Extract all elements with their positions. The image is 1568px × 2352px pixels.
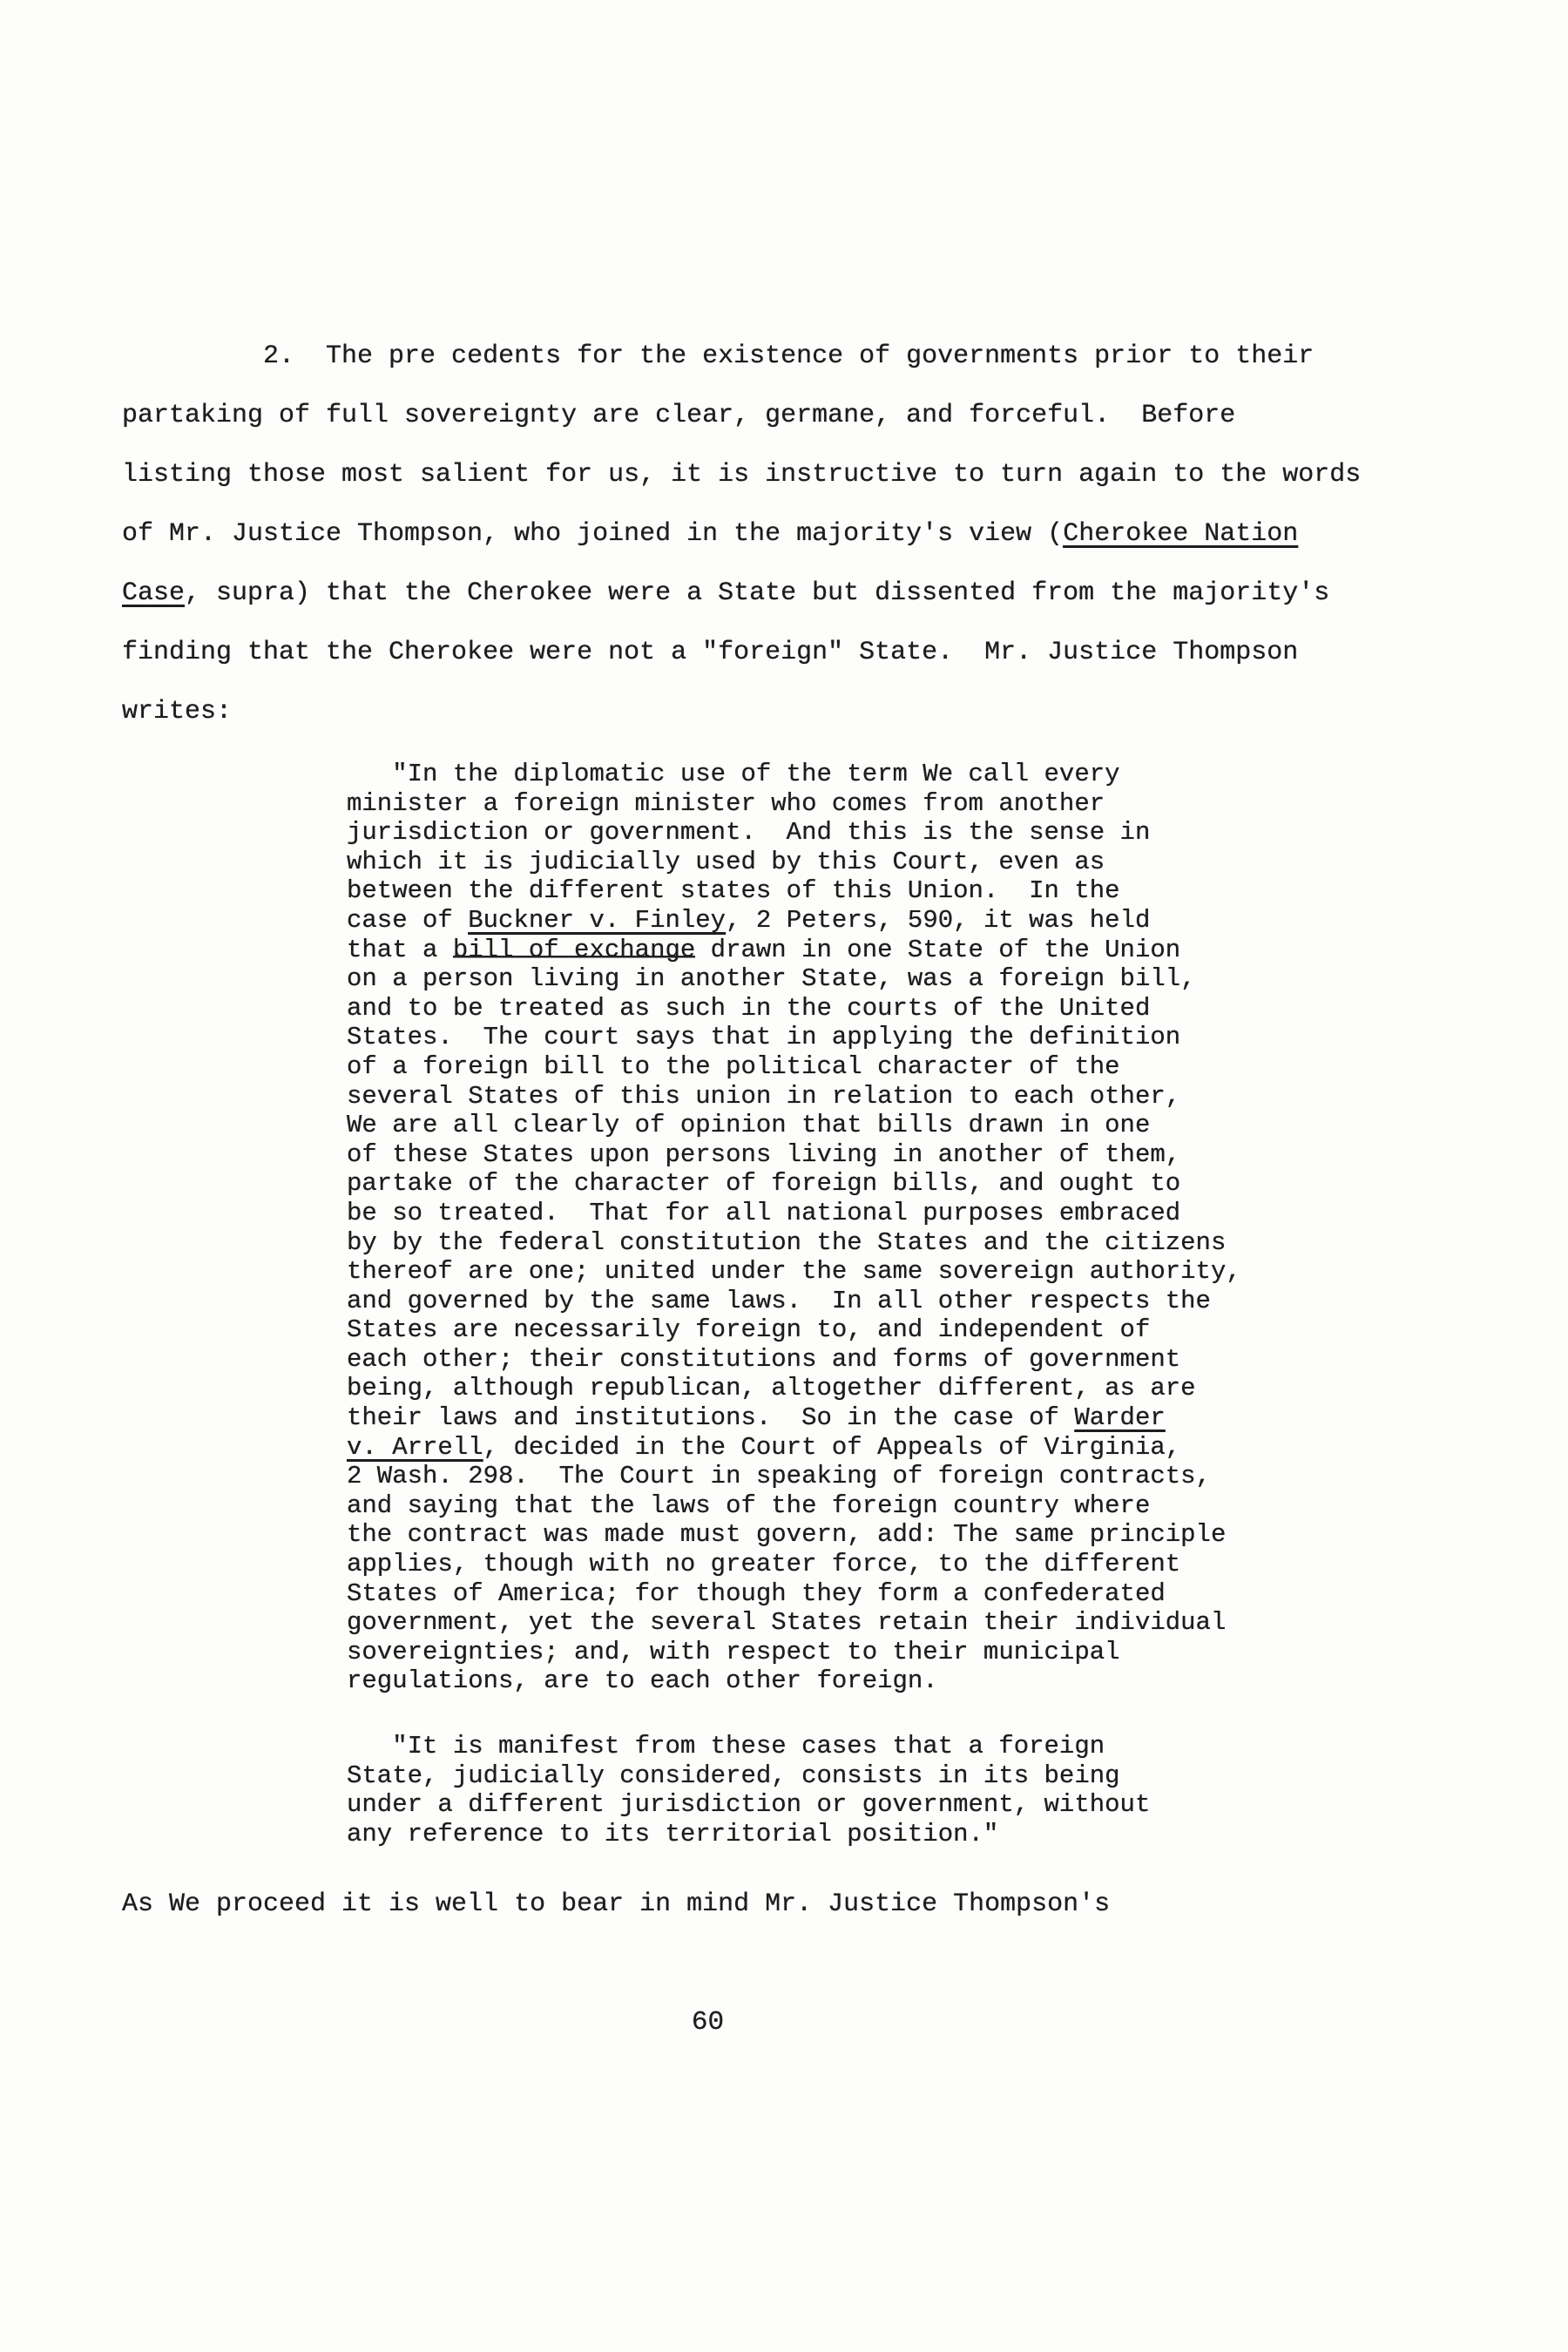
text-segment: listing those most salient for us, it is…: [122, 460, 1361, 490]
text-segment: and to be treated as such in the courts …: [347, 994, 1150, 1023]
page-number: 60: [0, 2007, 1416, 2038]
body-line: partaking of full sovereignty are clear,…: [122, 386, 1361, 445]
body-line: writes:: [122, 682, 1361, 741]
text-segment: be so treated. That for all national pur…: [347, 1199, 1180, 1227]
text-segment: writes:: [122, 697, 232, 727]
quote-line: States are necessarily foreign to, and i…: [347, 1315, 1241, 1345]
body-line: As We proceed it is well to bear in mind…: [122, 1887, 1110, 1922]
text-segment: As We proceed it is well to bear in mind…: [122, 1889, 1110, 1919]
text-segment: regulations, are to each other foreign.: [347, 1666, 938, 1695]
text-segment: their laws and institutions. So in the c…: [347, 1403, 1074, 1432]
quote-line: and saying that the laws of the foreign …: [347, 1491, 1241, 1521]
text-segment: , 2 Peters, 590, it was held: [726, 906, 1150, 935]
text-segment: government, yet the several States retai…: [347, 1608, 1226, 1637]
text-segment: and governed by the same laws. In all ot…: [347, 1287, 1211, 1315]
quote-line: 2 Wash. 298. The Court in speaking of fo…: [347, 1462, 1241, 1491]
quote-line: We are all clearly of opinion that bills…: [347, 1111, 1241, 1140]
quote-line: applies, though with no greater force, t…: [347, 1550, 1241, 1579]
text-segment: States of America; for though they form …: [347, 1579, 1166, 1608]
text-segment: States. The court says that in applying …: [347, 1023, 1180, 1051]
body-line: of Mr. Justice Thompson, who joined in t…: [122, 504, 1361, 564]
text-segment: "It is manifest from these cases that a …: [347, 1732, 1105, 1761]
text-segment: each other; their constitutions and form…: [347, 1345, 1180, 1374]
text-segment: any reference to its territorial positio…: [347, 1820, 998, 1848]
text-segment: by by the federal constitution the State…: [347, 1228, 1226, 1257]
quote-line: be so treated. That for all national pur…: [347, 1199, 1241, 1228]
text-segment: States are necessarily foreign to, and i…: [347, 1315, 1150, 1344]
text-segment: between the different states of this Uni…: [347, 876, 1120, 905]
text-segment: , decided in the Court of Appeals of Vir…: [483, 1433, 1181, 1462]
quote-line: thereof are one; united under the same s…: [347, 1257, 1241, 1287]
quote-line: their laws and institutions. So in the c…: [347, 1403, 1241, 1433]
quote-line: sovereignties; and, with respect to thei…: [347, 1638, 1241, 1667]
body-line: Case, supra) that the Cherokee were a St…: [122, 564, 1361, 623]
text-segment: that a: [347, 936, 453, 964]
quote-line: under a different jurisdiction or govern…: [347, 1790, 1150, 1820]
body-line: 2. The pre cedents for the existence of …: [122, 327, 1361, 386]
text-segment: , supra) that the Cherokee were a State …: [185, 578, 1329, 608]
quote-line: jurisdiction or government. And this is …: [347, 818, 1241, 848]
quote-line: States of America; for though they form …: [347, 1579, 1241, 1609]
text-segment: several States of this union in relation…: [347, 1082, 1180, 1111]
underlined-citation: Buckner v. Finley: [468, 906, 726, 935]
quote-line: partake of the character of foreign bill…: [347, 1169, 1241, 1199]
text-segment: finding that the Cherokee were not a "fo…: [122, 638, 1298, 667]
quote-line: government, yet the several States retai…: [347, 1608, 1241, 1638]
underlined-citation: v. Arrell: [347, 1433, 483, 1462]
quote-line: "In the diplomatic use of the term We ca…: [347, 760, 1241, 789]
text-segment: which it is judicially used by this Cour…: [347, 848, 1105, 876]
quote-line: v. Arrell, decided in the Court of Appea…: [347, 1433, 1241, 1463]
text-segment: 2. The pre cedents for the existence of …: [122, 341, 1314, 371]
quote-line: "It is manifest from these cases that a …: [347, 1732, 1150, 1761]
text-segment: minister a foreign minister who comes fr…: [347, 789, 1105, 818]
quote-line: of these States upon persons living in a…: [347, 1140, 1241, 1170]
quote-line: and governed by the same laws. In all ot…: [347, 1287, 1241, 1316]
quote-line: case of Buckner v. Finley, 2 Peters, 590…: [347, 906, 1241, 936]
text-segment: 2 Wash. 298. The Court in speaking of fo…: [347, 1462, 1211, 1490]
text-segment: under a different jurisdiction or govern…: [347, 1790, 1150, 1819]
text-segment: the contract was made must govern, add: …: [347, 1520, 1226, 1549]
text-segment: drawn in one State of the Union: [695, 936, 1180, 964]
text-segment: State, judicially considered, consists i…: [347, 1761, 1120, 1790]
quote-line: the contract was made must govern, add: …: [347, 1520, 1241, 1550]
text-segment: partaking of full sovereignty are clear,…: [122, 401, 1235, 430]
overstruck-text: bill of exchange: [453, 936, 695, 964]
text-segment: applies, though with no greater force, t…: [347, 1550, 1180, 1578]
text-segment: jurisdiction or government. And this is …: [347, 818, 1150, 847]
text-segment: and saying that the laws of the foreign …: [347, 1491, 1150, 1520]
quote-paragraph-2: "It is manifest from these cases that a …: [347, 1732, 1150, 1848]
text-segment: of Mr. Justice Thompson, who joined in t…: [122, 519, 1063, 549]
underlined-citation: Case: [122, 578, 185, 608]
quote-line: minister a foreign minister who comes fr…: [347, 789, 1241, 819]
text-segment: thereof are one; united under the same s…: [347, 1257, 1241, 1286]
quote-line: State, judicially considered, consists i…: [347, 1761, 1150, 1791]
quote-line: of a foreign bill to the political chara…: [347, 1052, 1241, 1082]
text-segment: partake of the character of foreign bill…: [347, 1169, 1180, 1198]
text-segment: being, although republican, altogether d…: [347, 1374, 1196, 1402]
quote-line: several States of this union in relation…: [347, 1082, 1241, 1112]
text-segment: on a person living in another State, was…: [347, 964, 1196, 993]
quote-line: and to be treated as such in the courts …: [347, 994, 1241, 1024]
quote-line: on a person living in another State, was…: [347, 964, 1241, 994]
quote-line: any reference to its territorial positio…: [347, 1820, 1150, 1849]
text-segment: We are all clearly of opinion that bills…: [347, 1111, 1150, 1139]
document-page: 2. The pre cedents for the existence of …: [0, 0, 1568, 2352]
opening-paragraph: 2. The pre cedents for the existence of …: [122, 327, 1361, 741]
quote-line: that a bill of exchange drawn in one Sta…: [347, 936, 1241, 965]
body-line: finding that the Cherokee were not a "fo…: [122, 623, 1361, 682]
underlined-citation: Cherokee Nation: [1063, 519, 1298, 549]
underlined-citation: Warder: [1074, 1403, 1165, 1432]
quote-line: each other; their constitutions and form…: [347, 1345, 1241, 1375]
quote-paragraph-1: "In the diplomatic use of the term We ca…: [347, 760, 1241, 1696]
body-line: listing those most salient for us, it is…: [122, 445, 1361, 504]
quote-line: between the different states of this Uni…: [347, 876, 1241, 906]
quote-line: States. The court says that in applying …: [347, 1023, 1241, 1052]
quote-line: by by the federal constitution the State…: [347, 1228, 1241, 1258]
quote-line: regulations, are to each other foreign.: [347, 1666, 1241, 1696]
text-segment: of these States upon persons living in a…: [347, 1140, 1180, 1169]
quote-line: being, although republican, altogether d…: [347, 1374, 1241, 1403]
closing-line: As We proceed it is well to bear in mind…: [122, 1887, 1110, 1922]
text-segment: case of: [347, 906, 468, 935]
text-segment: sovereignties; and, with respect to thei…: [347, 1638, 1120, 1666]
text-segment: of a foreign bill to the political chara…: [347, 1052, 1120, 1081]
text-segment: "In the diplomatic use of the term We ca…: [347, 760, 1120, 788]
quote-line: which it is judicially used by this Cour…: [347, 848, 1241, 877]
